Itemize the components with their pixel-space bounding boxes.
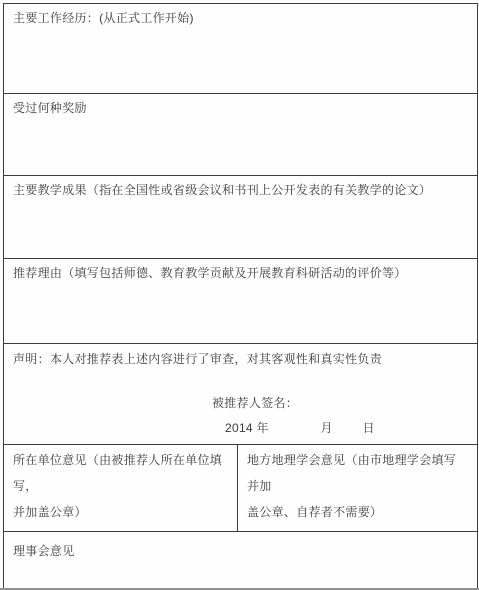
recommendation-reason-label: 推荐理由（填写包括师德、教育教学贡献及开展教育科研活动的评价等） <box>4 259 477 281</box>
recommendation-form-table: 主要工作经历：(从正式工作开始) 受过何种奖励 主要教学成果（指在全国性或省级会… <box>3 3 478 588</box>
row-work-history: 主要工作经历：(从正式工作开始) <box>4 4 477 94</box>
awards-label: 受过何种奖励 <box>4 94 477 116</box>
row-declaration: 声明：本人对推荐表上述内容进行了审查，对其客观性和真实性负责 被推荐人签名： 2… <box>4 344 477 445</box>
council-opinion-label: 理事会意见 <box>4 532 477 559</box>
unit-opinion-cell: 所在单位意见（由被推荐人所在单位填写， 并加盖公章） <box>4 445 238 531</box>
row-opinions: 所在单位意见（由被推荐人所在单位填写， 并加盖公章） 地方地理学会意见（由市地理… <box>4 445 477 532</box>
teaching-achievements-label: 主要教学成果（指在全国性或省级会议和书刊上公开发表的有关教学的论文） <box>4 176 477 198</box>
date-month: 月 <box>320 421 332 435</box>
work-history-label: 主要工作经历：(从正式工作开始) <box>4 4 477 26</box>
society-opinion-cell: 地方地理学会意见（由市地理学会填写并加 盖公章、自荐者不需要） <box>238 445 477 531</box>
signature-label: 被推荐人签名： <box>212 395 298 411</box>
date-day: 日 <box>362 421 374 435</box>
date-year: 2014 年 <box>225 421 269 435</box>
row-recommendation-reason: 推荐理由（填写包括师德、教育教学贡献及开展教育科研活动的评价等） <box>4 259 477 344</box>
row-council-opinion: 理事会意见 <box>4 532 477 588</box>
row-teaching-achievements: 主要教学成果（指在全国性或省级会议和书刊上公开发表的有关教学的论文） <box>4 176 477 259</box>
row-awards: 受过何种奖励 <box>4 94 477 176</box>
date-line: 2014 年 月 日 <box>225 420 375 436</box>
declaration-statement: 声明：本人对推荐表上述内容进行了审查，对其客观性和真实性负责 <box>13 351 382 367</box>
document-page: 主要工作经历：(从正式工作开始) 受过何种奖励 主要教学成果（指在全国性或省级会… <box>0 0 479 590</box>
